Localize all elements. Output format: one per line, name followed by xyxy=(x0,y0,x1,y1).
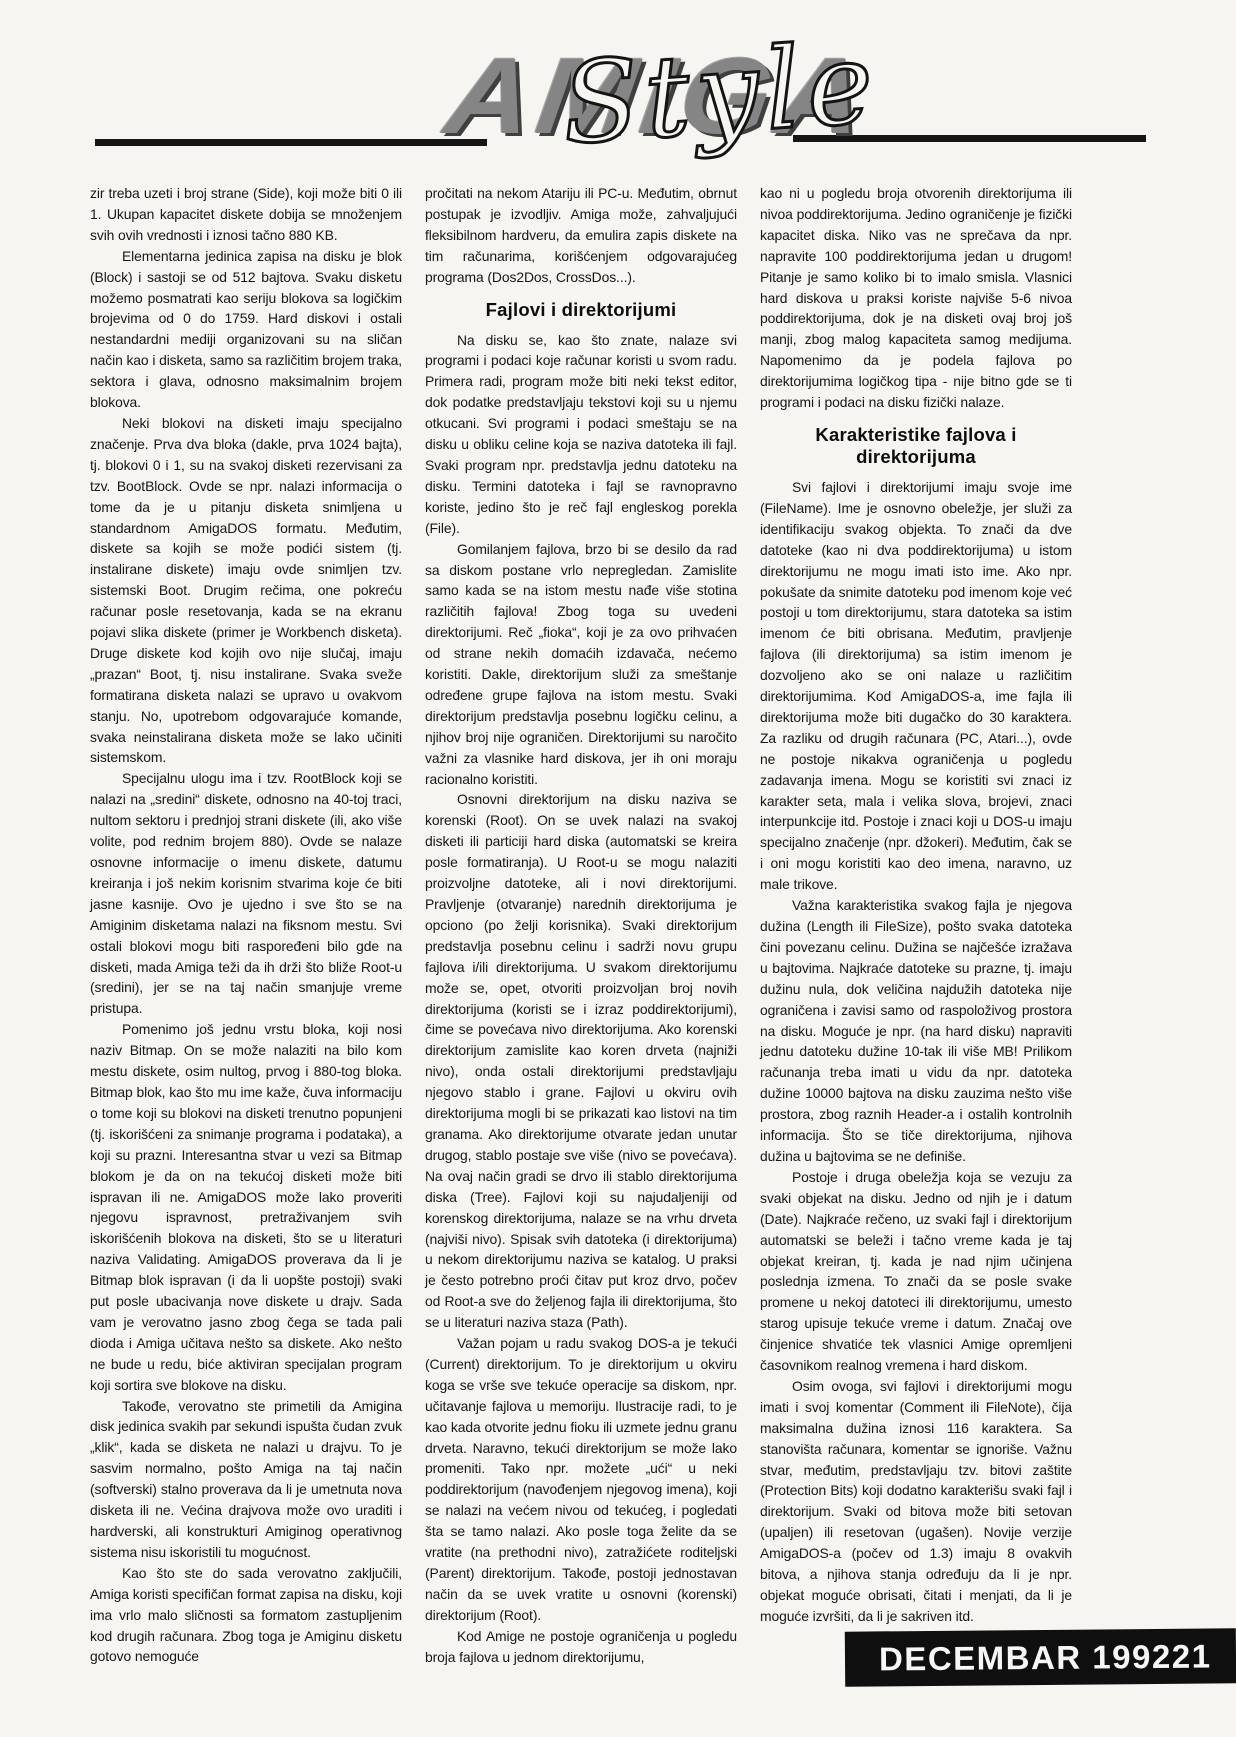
column-1: zir treba uzeti i broj strane (Side), ko… xyxy=(90,183,402,1667)
paragraph: Specijalnu ulogu ima i tzv. RootBlock ko… xyxy=(90,768,402,1019)
paragraph: Važna karakteristika svakog fajla je nje… xyxy=(760,895,1072,1167)
paragraph: Gomilanjem fajlova, brzo bi se desilo da… xyxy=(425,539,737,790)
column-3: kao ni u pogledu broja otvorenih direkto… xyxy=(760,183,1072,1666)
magazine-page: AMIGA Style zir treba uzeti i broj stran… xyxy=(0,0,1236,1737)
paragraph: Kod Amige ne postoje ograničenja u pogle… xyxy=(425,1626,737,1668)
paragraph: Neki blokovi na disketi imaju specijalno… xyxy=(90,413,402,768)
paragraph: Važan pojam u radu svakog DOS-a je tekuć… xyxy=(425,1333,737,1626)
paragraph: Takođe, verovatno ste primetili da Amigi… xyxy=(90,1396,402,1563)
paragraph: Pomenimo još jednu vrstu bloka, koji nos… xyxy=(90,1019,402,1395)
article-body: zir treba uzeti i broj strane (Side), ko… xyxy=(90,183,1072,1668)
paragraph: Elementarna jedinica zapisa na disku je … xyxy=(90,246,402,413)
paragraph: Na disku se, kao što znate, nalaze svi p… xyxy=(425,330,737,539)
section-heading-karakteristike: Karakteristike fajlova i direktorijuma xyxy=(760,424,1072,468)
paragraph: pročitati na nekom Atariju ili PC-u. Međ… xyxy=(425,183,737,288)
paragraph: Postoje i druga obeležja koja se vezuju … xyxy=(760,1167,1072,1376)
paragraph: Osim ovoga, svi fajlovi i direktorijumi … xyxy=(760,1376,1072,1627)
column-2: pročitati na nekom Atariju ili PC-u. Međ… xyxy=(425,183,737,1668)
page-header: AMIGA Style xyxy=(0,0,1236,185)
header-rule-left xyxy=(95,139,487,146)
paragraph: zir treba uzeti i broj strane (Side), ko… xyxy=(90,183,402,246)
paragraph: Svi fajlovi i direktorijumi imaju svoje … xyxy=(760,477,1072,895)
logo-style-script-text: Style xyxy=(558,27,882,161)
section-heading-fajlovi-i-direktorijumi: Fajlovi i direktorijumi xyxy=(425,299,737,321)
footer-bar: DECEMBAR 1992 21 xyxy=(845,1628,1236,1686)
paragraph: Kao što ste do sada verovatno zaključili… xyxy=(90,1563,402,1668)
paragraph: Osnovni direktorijum na disku naziva se … xyxy=(425,789,737,1333)
footer-issue-label: DECEMBAR 1992 xyxy=(879,1637,1172,1678)
footer-page-number: 21 xyxy=(1172,1637,1212,1675)
paragraph: kao ni u pogledu broja otvorenih direkto… xyxy=(760,183,1072,413)
